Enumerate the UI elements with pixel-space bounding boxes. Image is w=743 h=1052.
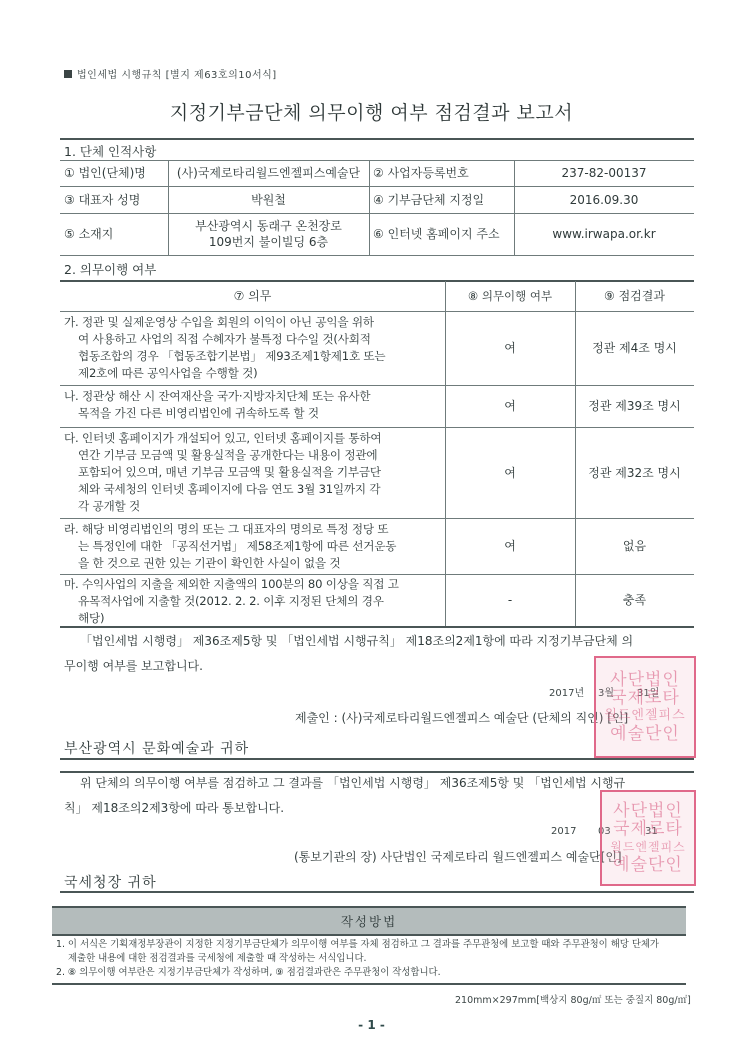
- instructions-title-band: 작성방법: [52, 906, 686, 936]
- instruction-item-2: 2. ⑧ 의무이행 여부란은 지정기부금단체가 작성하며, ⑨ 점검결과란은 주…: [56, 966, 696, 980]
- divider: [60, 626, 694, 628]
- address-line-2: 109번지 불이빌딩 6층: [209, 234, 328, 250]
- duty-row-ra: 라. 해당 비영리법인의 명의 또는 그 대표자의 명의로 특정 정당 또 는 …: [64, 521, 444, 572]
- instruction-line: 제출한 내용에 대한 점검결과를 국세청에 제출할 때 작성하는 서식입니다.: [56, 952, 696, 966]
- header-duty: ⑦ 의무: [60, 281, 445, 311]
- duty-line: 연간 기부금 모금액 및 활용실적을 공개한다는 내용이 정관에: [64, 447, 444, 464]
- stamp-text: 월드엔젤피스: [602, 838, 694, 856]
- duty-line: 해당): [64, 610, 444, 627]
- duty-line: 는 특정인에 대한 「공직선거법」 제58조제1항에 따른 선거운동: [64, 538, 444, 555]
- duty-line: 다. 인터넷 홈페이지가 개설되어 있고, 인터넷 홈페이지를 통하여: [64, 431, 381, 445]
- label-designation-date: ④ 기부금단체 지정일: [373, 186, 514, 213]
- duty-row-da: 다. 인터넷 홈페이지가 개설되어 있고, 인터넷 홈페이지를 통하여 연간 기…: [64, 430, 444, 515]
- value-homepage: www.irwapa.or.kr: [514, 213, 694, 255]
- duty-line: 협동조합의 경우 「협동조합기본법」 제93조제1항제1호 또는: [64, 348, 444, 365]
- result-ma: 충족: [575, 574, 694, 626]
- value-business-reg-no: 237-82-00137: [514, 160, 694, 186]
- value-corp-name: (사)국제로타리월드엔젤피스예술단: [168, 160, 369, 186]
- result-ra: 없음: [575, 518, 694, 574]
- divider: [60, 758, 694, 760]
- section2-title: 2. 의무이행 여부: [64, 260, 156, 278]
- stamp-text: 사단법인: [602, 802, 694, 820]
- paper-spec: 210mm×297mm[백상지 80g/㎡ 또는 중질지 80g/㎡]: [455, 992, 691, 1006]
- form-identifier: 법인세법 시행규칙 [별지 제63호의10서식]: [64, 66, 277, 81]
- result-da: 정관 제32조 명시: [575, 427, 694, 518]
- duty-line: 포함되어 있으며, 매년 기부금 모금액 및 활용실적을 기부금단: [64, 464, 444, 481]
- label-corp-name: ① 법인(단체)명: [64, 160, 168, 186]
- document-title: 지정기부금단체 의무이행 여부 점검결과 보고서: [0, 98, 743, 125]
- duty-row-na: 나. 정관상 해산 시 잔여재산을 국가·지방자치단체 또는 유사한 목적을 가…: [64, 388, 444, 422]
- fulfilled-ma: -: [445, 574, 575, 626]
- divider: [60, 771, 694, 773]
- notice-date-year: 2017: [551, 826, 576, 837]
- stamp-text: 국제로타: [602, 820, 694, 838]
- duty-line: 체와 국세청의 인터넷 홈페이지에 다음 연도 3월 31일까지 각: [64, 481, 444, 498]
- duty-line: 나. 정관상 해산 시 잔여재산을 국가·지방자치단체 또는 유사한: [64, 389, 370, 403]
- divider: [52, 983, 686, 985]
- duty-line: 라. 해당 비영리법인의 명의 또는 그 대표자의 명의로 특정 정당 또: [64, 522, 388, 536]
- instruction-item-1: 1. 이 서식은 기획재정부장관이 지정한 지정기부금단체가 의무이행 여부를 …: [56, 938, 696, 966]
- duty-line: 마. 수익사업의 지출을 제외한 지출액의 100분의 80 이상을 직접 고: [64, 577, 399, 591]
- official-seal-stamp: 사단법인 국제로타 월드엔젤피스 예술단인: [594, 656, 696, 758]
- fulfilled-da: 여: [445, 427, 575, 518]
- stamp-text: 월드엔젤피스: [596, 707, 694, 725]
- stamp-text: 예술단인: [596, 725, 694, 743]
- square-bullet-icon: [64, 70, 72, 78]
- page-number: - 1 -: [0, 1018, 743, 1032]
- divider: [60, 891, 694, 893]
- header-fulfilled: ⑧ 의무이행 여부: [445, 281, 575, 311]
- label-business-reg-no: ② 사업자등록번호: [373, 160, 514, 186]
- instruction-line: 1. 이 서식은 기획재정부장관이 지정한 지정기부금단체가 의무이행 여부를 …: [56, 938, 696, 952]
- fulfilled-na: 여: [445, 385, 575, 427]
- duty-row-ga: 가. 정관 및 실제운영상 수입을 회원의 이익이 아닌 공익을 위하 여 사용…: [64, 314, 444, 382]
- fulfilled-ga: 여: [445, 311, 575, 385]
- label-homepage: ⑥ 인터넷 홈페이지 주소: [373, 213, 514, 255]
- result-na: 정관 제39조 명시: [575, 385, 694, 427]
- fulfilled-ra: 여: [445, 518, 575, 574]
- duty-line: 여 사용하고 사업의 직접 수혜자가 불특정 다수일 것(사회적: [64, 331, 444, 348]
- label-address: ⑤ 소재지: [64, 213, 168, 255]
- duty-row-ma: 마. 수익사업의 지출을 제외한 지출액의 100분의 80 이상을 직접 고 …: [64, 576, 444, 627]
- notice-recipient: 국세청장 귀하: [64, 872, 157, 892]
- notice-signer: (통보기관의 장) 사단법인 국제로타리 월드엔젤피스 예술단[인]: [294, 848, 622, 866]
- divider: [60, 138, 694, 140]
- official-seal-stamp: 사단법인 국제로타 월드엔젤피스 예술단인: [600, 790, 696, 886]
- form-id-text: 법인세법 시행규칙 [별지 제63호의10서식]: [77, 70, 277, 81]
- stamp-text: 국제로타: [596, 689, 694, 707]
- stamp-text: 예술단인: [602, 856, 694, 874]
- divider: [60, 255, 694, 256]
- report-date-year: 2017년: [549, 684, 584, 699]
- report-recipient: 부산광역시 문화예술과 귀하: [64, 738, 249, 758]
- duty-line: 유목적사업에 지출할 것(2012. 2. 2. 이후 지정된 단체의 경우: [64, 593, 444, 610]
- report-text-line1: 「법인세법 시행령」 제36조제5항 및 「법인세법 시행규칙」 제18조의2제…: [80, 632, 700, 650]
- header-result: ⑨ 점검결과: [575, 281, 694, 311]
- instructions-title: 작성방법: [341, 912, 397, 930]
- report-text-line2: 무이행 여부를 보고합니다.: [64, 657, 203, 675]
- value-designation-date: 2016.09.30: [514, 186, 694, 213]
- report-submitter: 제출인 : (사)국제로타리월드엔젤피스 예술단 (단체의 직인) [인]: [295, 709, 628, 727]
- stamp-text: 사단법인: [596, 671, 694, 689]
- result-ga: 정관 제4조 명시: [575, 311, 694, 385]
- duty-line: 각 공개할 것: [64, 498, 444, 515]
- duty-line: 을 한 것으로 권한 있는 기관이 확인한 사실이 없을 것: [64, 555, 444, 572]
- value-address: 부산광역시 동래구 온천장로 109번지 불이빌딩 6층: [168, 213, 369, 255]
- duty-line: 목적을 가진 다른 비영리법인에 귀속하도록 할 것: [64, 405, 444, 422]
- divider: [369, 160, 370, 255]
- value-representative: 박원철: [168, 186, 369, 213]
- label-representative: ③ 대표자 성명: [64, 186, 168, 213]
- duty-line: 가. 정관 및 실제운영상 수입을 회원의 이익이 아닌 공익을 위하: [64, 315, 374, 329]
- notice-text-line2: 칙」 제18조의2제3항에 따라 통보합니다.: [64, 799, 284, 817]
- section1-title: 1. 단체 인적사항: [64, 142, 156, 160]
- duty-line: 제2호에 따른 공익사업을 수행할 것): [64, 365, 444, 382]
- address-line-1: 부산광역시 동래구 온천장로: [195, 218, 342, 234]
